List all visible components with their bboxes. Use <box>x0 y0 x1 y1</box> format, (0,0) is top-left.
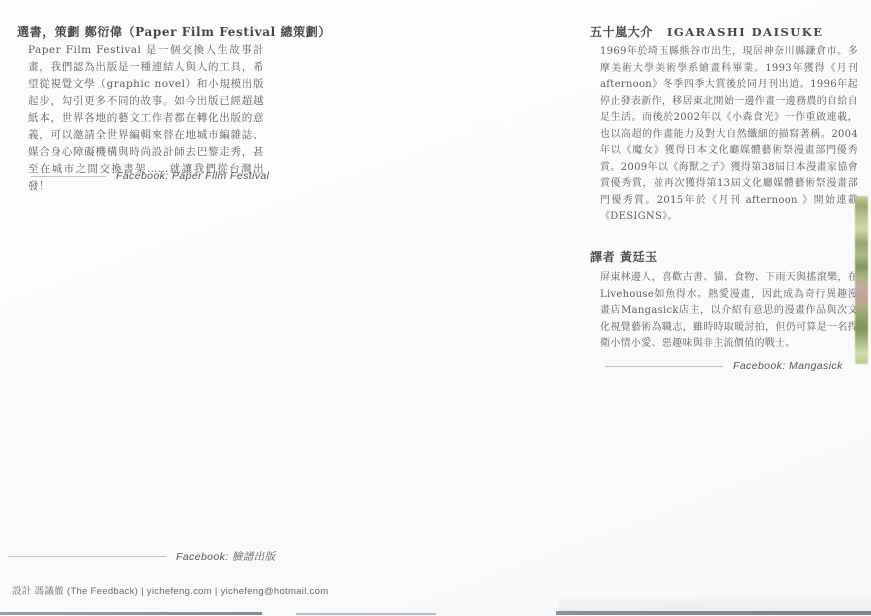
facebook-credit-paper-film-festival: Facebook: Paper Film Festival <box>116 170 269 182</box>
author-bio-paragraph: 1969年於埼玉縣熊谷市出生，現居神奈川縣鎌倉市。多摩美術大學美術學系繪畫科畢業… <box>600 44 858 226</box>
curator-credit-row: Facebook: Paper Film Festival <box>30 170 269 182</box>
publisher-credit-row: Facebook: 臉譜出版 <box>8 549 276 564</box>
design-credit-line: 設計 馮議徹 (The Feedback) | yichefeng.com | … <box>12 583 328 597</box>
scan-edge-line <box>0 612 262 615</box>
author-name-en: IGARASHI DAISUKE <box>667 25 824 39</box>
divider-line <box>8 556 166 557</box>
scan-edge-line <box>296 613 436 615</box>
translator-bio-paragraph: 屏東林邊人，喜歡古書、貓、食物、下雨天與搖滾樂，在Livehouse如魚得水。熱… <box>600 270 858 353</box>
divider-line <box>30 176 106 177</box>
facebook-credit-mangasick: Facebook: Mangasick <box>733 360 843 372</box>
author-name-zh: 五十嵐大介 <box>590 25 653 39</box>
translator-heading: 譯者 黃廷玉 <box>590 248 658 265</box>
curator-heading: 選書，策劃 鄭衍偉（Paper Film Festival 總策劃） <box>17 23 331 40</box>
scanned-colophon-page: 選書，策劃 鄭衍偉（Paper Film Festival 總策劃） Paper… <box>0 0 871 616</box>
divider-line <box>605 366 723 367</box>
translator-credit-row: Facebook: Mangasick <box>605 360 843 372</box>
neighbor-page-art-strip <box>855 196 868 364</box>
scan-edge-line <box>556 611 871 615</box>
author-heading: 五十嵐大介IGARASHI DAISUKE <box>590 23 824 40</box>
facebook-credit-publisher: Facebook: 臉譜出版 <box>176 549 276 564</box>
